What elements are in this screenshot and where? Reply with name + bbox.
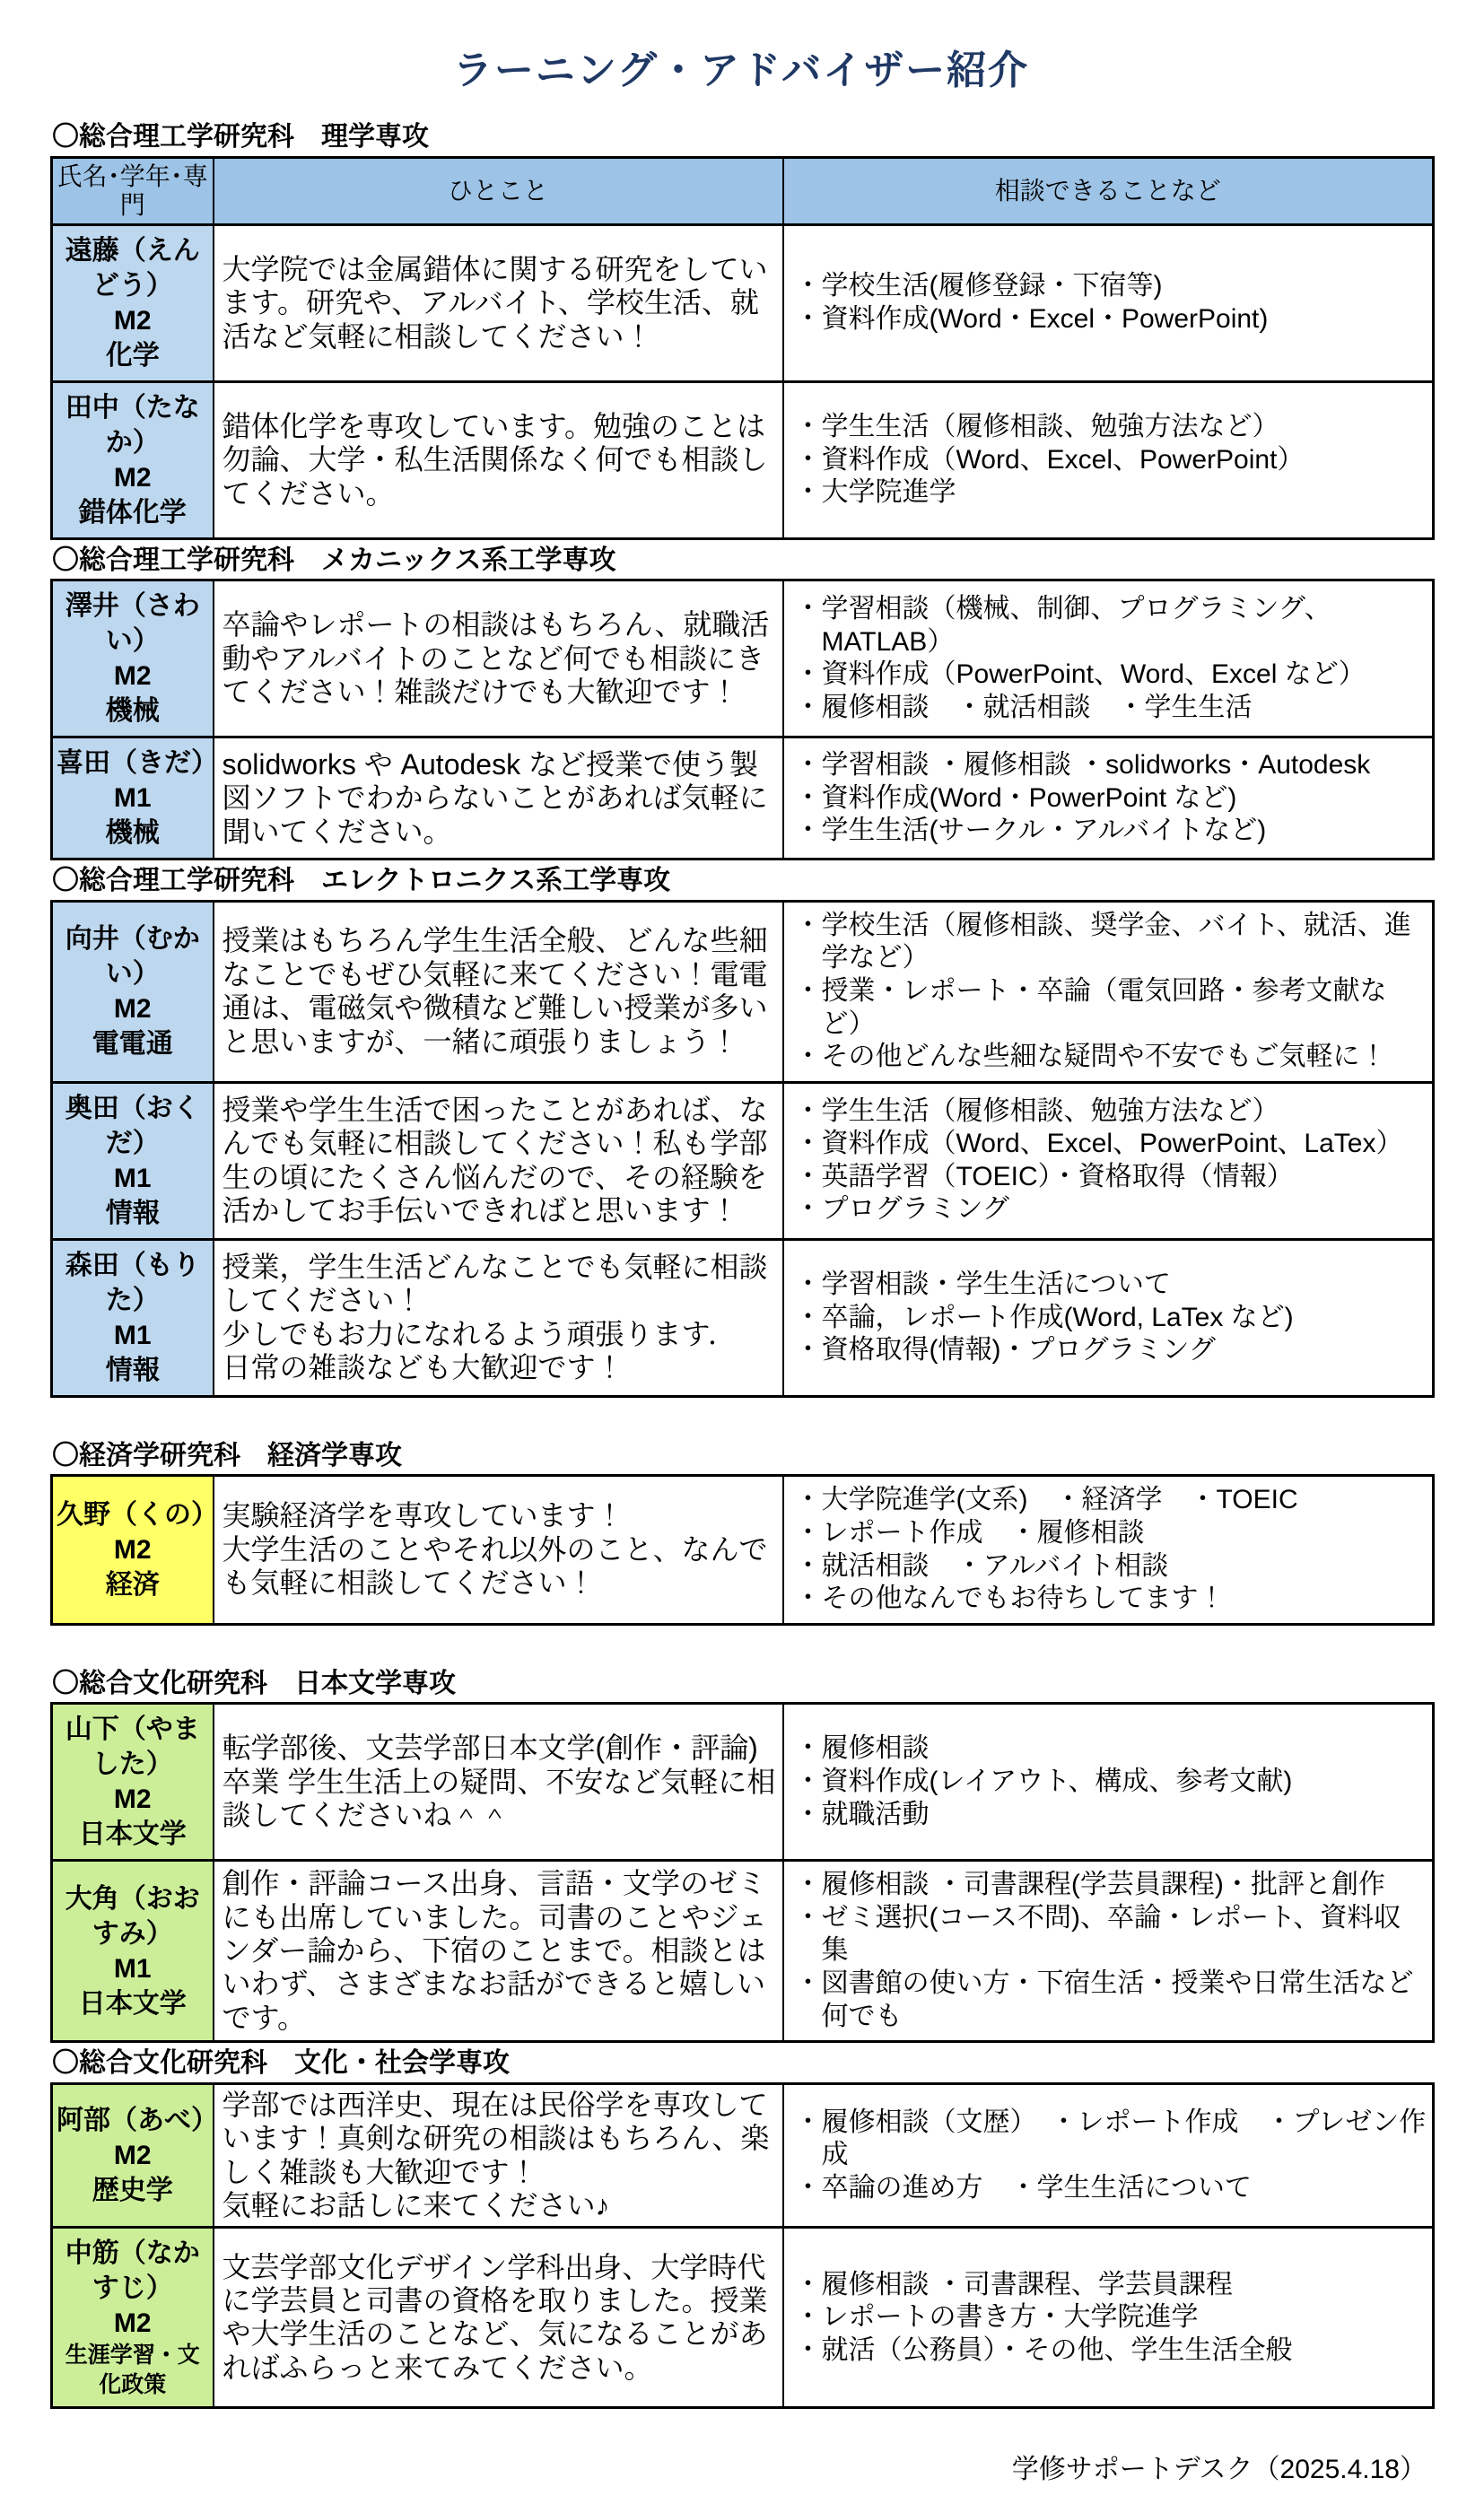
advisor-name: 大角（おおすみ）: [57, 1881, 209, 1951]
column-header-name: 氏名･学年･専門: [52, 157, 214, 224]
topic-line: ・就職活動: [795, 1799, 1427, 1832]
topic-line: ・履修相談 ・司書課程、学芸員課程: [795, 2269, 1427, 2302]
advisor-message-cell: 大学院では金属錯体に関する研究をしています。研究や、アルバイト、学校生活、就活な…: [214, 224, 783, 381]
advisor-message: 転学部後、文芸学部日本文学(創作・評論)卒業 学生生活上の疑問、不安など気軽に相…: [223, 1732, 777, 1832]
section-heading: 〇総合理工学研究科 メカニックス系工学専攻: [52, 545, 1432, 577]
footer-credit: 学修サポートデスク（2025.4.18）: [50, 2447, 1432, 2486]
advisor-table: 山下（やました） M2 日本文学 転学部後、文芸学部日本文学(創作・評論)卒業 …: [50, 1702, 1435, 2043]
advisor-message-cell: 授業はもちろん学生生活全般、どんな些細なことでもぜひ気軽に来てください！電電通は…: [214, 901, 783, 1082]
advisor-topics-cell: ・履修相談 ・司書課程、学芸員課程 ・レポートの書き方・大学院進学 ・就活（公務…: [783, 2228, 1434, 2408]
advisor-major: 電電通: [57, 1026, 209, 1061]
advisor-message: 卒論やレポートの相談はもちろん、就職活動やアルバイトのことなど何でも相談にきてく…: [223, 608, 777, 709]
advisor-message: 創作・評論コース出身、言語・文学のゼミにも出席していました。司書のことやジェンダ…: [223, 1867, 777, 2035]
advisor-message-cell: 授業，学生生活どんなことでも気軽に相談してください！ 少しでもお力になれるよう頑…: [214, 1239, 783, 1396]
advisor-grade: M2: [57, 2306, 209, 2341]
advisor-name-cell: 田中（たなか） M2 錯体化学: [52, 381, 214, 538]
section-culture-sociology: 〇総合文化研究科 文化・社会学専攻 阿部（あべ） M2 歴史学 学部では西洋史、…: [50, 2048, 1432, 2409]
advisor-grade: M1: [57, 1951, 209, 1986]
topic-line: ・レポートの書き方・大学院進学: [795, 2301, 1427, 2334]
advisor-table: 久野（くの） M2 経済 実験経済学を専攻しています！ 大学生活のことやそれ以外…: [50, 1474, 1435, 1625]
topic-line: ・就活相談 ・アルバイト相談: [795, 1550, 1427, 1584]
advisor-message: 授業や学生生活で困ったことがあれば、なんでも気軽に相談してください！私も学部生の…: [223, 1094, 777, 1228]
topic-line: ・履修相談（文歴） ・レポート作成 ・プレゼン作成: [795, 2107, 1427, 2172]
advisor-topics-cell: ・学習相談・学生生活について ・卒論，レポート作成(Word, LaTex など…: [783, 1239, 1434, 1396]
advisor-row: 山下（やました） M2 日本文学 転学部後、文芸学部日本文学(創作・評論)卒業 …: [52, 1704, 1434, 1861]
advisor-major: 化学: [57, 338, 209, 373]
advisor-grade: M2: [57, 991, 209, 1026]
topic-line: ・履修相談 ・就活相談 ・学生生活: [795, 692, 1427, 725]
topic-line: ・学習相談 ・履修相談 ・solidworks・Autodesk: [795, 749, 1427, 782]
advisor-name: 田中（たなか）: [57, 390, 209, 460]
advisor-grade: M2: [57, 1532, 209, 1567]
advisor-row: 森田（もりた） M1 情報 授業，学生生活どんなことでも気軽に相談してください！…: [52, 1239, 1434, 1396]
topic-line: ・学校生活(履修登録・下宿等): [795, 270, 1427, 303]
advisor-grade: M1: [57, 1318, 209, 1353]
section-japanese-literature: 〇総合文化研究科 日本文学専攻 山下（やました） M2 日本文学 転学部後、文芸…: [50, 1669, 1432, 2043]
advisor-row: 久野（くの） M2 経済 実験経済学を専攻しています！ 大学生活のことやそれ以外…: [52, 1476, 1434, 1624]
section-heading: 〇総合理工学研究科 エレクトロニクス系工学専攻: [52, 866, 1432, 897]
advisor-message: 大学院では金属錯体に関する研究をしています。研究や、アルバイト、学校生活、就活な…: [223, 253, 777, 353]
advisor-topics-cell: ・学生生活（履修相談、勉強方法など） ・資料作成（Word、Excel、Powe…: [783, 1082, 1434, 1239]
advisor-grade: M2: [57, 460, 209, 495]
topic-line: ・資料作成（PowerPoint、Word、Excel など）: [795, 659, 1427, 692]
advisor-name: 澤井（さわい）: [57, 589, 209, 659]
advisor-row: 遠藤（えんどう） M2 化学 大学院では金属錯体に関する研究をしています。研究や…: [52, 224, 1434, 381]
advisor-major: 生涯学習・文化政策: [57, 2341, 209, 2399]
advisor-message-cell: solidworks や Autodesk など授業で使う製図ソフトでわからない…: [214, 737, 783, 859]
advisor-major: 経済: [57, 1567, 209, 1602]
advisor-name: 中筋（なかすじ）: [57, 2236, 209, 2306]
advisor-row: 中筋（なかすじ） M2 生涯学習・文化政策 文芸学部文化デザイン学科出身、大学時…: [52, 2228, 1434, 2408]
advisor-row: 阿部（あべ） M2 歴史学 学部では西洋史、現在は民俗学を専攻しています！真剣な…: [52, 2083, 1434, 2228]
advisor-message-cell: 卒論やレポートの相談はもちろん、就職活動やアルバイトのことなど何でも相談にきてく…: [214, 580, 783, 737]
advisor-message-cell: 転学部後、文芸学部日本文学(創作・評論)卒業 学生生活上の疑問、不安など気軽に相…: [214, 1704, 783, 1861]
advisor-major: 情報: [57, 1353, 209, 1388]
advisor-row: 向井（むかい） M2 電電通 授業はもちろん学生生活全般、どんな些細なことでもぜ…: [52, 901, 1434, 1082]
topic-line: ・学生生活（履修相談、勉強方法など）: [795, 1095, 1427, 1129]
topic-line: ・資格取得(情報)・プログラミング: [795, 1334, 1427, 1367]
advisor-message-cell: 創作・評論コース出身、言語・文学のゼミにも出席していました。司書のことやジェンダ…: [214, 1861, 783, 2042]
advisor-grade: M2: [57, 303, 209, 338]
topic-line: ・資料作成(レイアウト、構成、参考文献): [795, 1766, 1427, 1799]
advisor-name-cell: 遠藤（えんどう） M2 化学: [52, 224, 214, 381]
advisor-row: 田中（たなか） M2 錯体化学 錯体化学を専攻しています。勉強のことは勿論、大学…: [52, 381, 1434, 538]
section-economics: 〇経済学研究科 経済学専攻 久野（くの） M2 経済 実験経済学を専攻しています…: [50, 1441, 1432, 1626]
advisor-table: 阿部（あべ） M2 歴史学 学部では西洋史、現在は民俗学を専攻しています！真剣な…: [50, 2082, 1435, 2410]
table-header-row: 氏名･学年･専門 ひとこと 相談できることなど: [52, 157, 1434, 224]
advisor-table: 澤井（さわい） M2 機械 卒論やレポートの相談はもちろん、就職活動やアルバイト…: [50, 579, 1435, 860]
advisor-message: 錯体化学を専攻しています。勉強のことは勿論、大学・私生活関係なく何でも相談してく…: [223, 410, 777, 510]
section-mechanics: 〇総合理工学研究科 メカニックス系工学専攻 澤井（さわい） M2 機械 卒論やレ…: [50, 545, 1432, 861]
advisor-table: 氏名･学年･専門 ひとこと 相談できることなど 遠藤（えんどう） M2 化学 大…: [50, 156, 1435, 540]
advisor-name: 向井（むかい）: [57, 921, 209, 991]
topic-line: ・就活（公務員）・その他、学生生活全般: [795, 2334, 1427, 2368]
advisor-grade: M2: [57, 1782, 209, 1817]
advisor-name-cell: 森田（もりた） M1 情報: [52, 1239, 214, 1396]
document-page: ラーニング・アドバイザー紹介 〇総合理工学研究科 理学専攻 氏名･学年･専門 ひ…: [0, 0, 1484, 2513]
advisor-topics-cell: ・学校生活（履修相談、奨学金、バイト、就活、進学など） ・授業・レポート・卒論（…: [783, 901, 1434, 1082]
advisor-major: 日本文学: [57, 1817, 209, 1852]
advisor-message: 授業，学生生活どんなことでも気軽に相談してください！ 少しでもお力になれるよう頑…: [223, 1251, 777, 1385]
section-science: 〇総合理工学研究科 理学専攻 氏名･学年･専門 ひとこと 相談できることなど 遠…: [50, 122, 1432, 540]
topic-line: ・履修相談: [795, 1732, 1427, 1766]
advisor-topics-cell: ・学習相談 ・履修相談 ・solidworks・Autodesk ・資料作成(W…: [783, 737, 1434, 859]
section-heading: 〇総合文化研究科 文化・社会学専攻: [52, 2048, 1432, 2080]
advisor-grade: M1: [57, 1161, 209, 1196]
advisor-name: 奥田（おくだ）: [57, 1091, 209, 1161]
section-electronics: 〇総合理工学研究科 エレクトロニクス系工学専攻 向井（むかい） M2 電電通 授…: [50, 866, 1432, 1397]
advisor-message-cell: 錯体化学を専攻しています。勉強のことは勿論、大学・私生活関係なく何でも相談してく…: [214, 381, 783, 538]
advisor-major: 歴史学: [57, 2173, 209, 2208]
column-header-topics: 相談できることなど: [783, 157, 1434, 224]
advisor-topics-cell: ・大学院進学(文系) ・経済学 ・TOEIC ・レポート作成 ・履修相談 ・就活…: [783, 1476, 1434, 1624]
advisor-table: 向井（むかい） M2 電電通 授業はもちろん学生生活全般、どんな些細なことでもぜ…: [50, 900, 1435, 1398]
advisor-name-cell: 山下（やました） M2 日本文学: [52, 1704, 214, 1861]
advisor-name-cell: 澤井（さわい） M2 機械: [52, 580, 214, 737]
topic-line: ・資料作成（Word、Excel、PowerPoint、LaTex）: [795, 1128, 1427, 1161]
advisor-name: 阿部（あべ）: [57, 2103, 209, 2138]
advisor-message: 文芸学部文化デザイン学科出身、大学時代に学芸員と司書の資格を取りました。授業や大…: [223, 2251, 777, 2386]
advisor-major: 機械: [57, 816, 209, 851]
topic-line: ・レポート作成 ・履修相談: [795, 1517, 1427, 1550]
advisor-message-cell: 実験経済学を専攻しています！ 大学生活のことやそれ以外のこと、なんでも気軽に相談…: [214, 1476, 783, 1624]
topic-line: ・その他どんな些細な疑問や不安でもご気軽に！: [795, 1041, 1427, 1074]
topic-line: ・大学院進学(文系) ・経済学 ・TOEIC: [795, 1484, 1427, 1517]
advisor-grade: M2: [57, 2138, 209, 2173]
advisor-message-cell: 文芸学部文化デザイン学科出身、大学時代に学芸員と司書の資格を取りました。授業や大…: [214, 2228, 783, 2408]
advisor-topics-cell: ・履修相談 ・資料作成(レイアウト、構成、参考文献) ・就職活動: [783, 1704, 1434, 1861]
advisor-topics-cell: ・学校生活(履修登録・下宿等) ・資料作成(Word・Excel・PowerPo…: [783, 224, 1434, 381]
advisor-topics-cell: ・学生生活（履修相談、勉強方法など） ・資料作成（Word、Excel、Powe…: [783, 381, 1434, 538]
advisor-topics-cell: ・履修相談 ・司書課程(学芸員課程)・批評と創作 ・ゼミ選択(コース不問)、卒論…: [783, 1861, 1434, 2042]
section-heading: 〇経済学研究科 経済学専攻: [52, 1441, 1432, 1472]
advisor-topics-cell: ・履修相談（文歴） ・レポート作成 ・プレゼン作成 ・卒論の進め方 ・学生生活に…: [783, 2083, 1434, 2228]
topic-line: ・卒論，レポート作成(Word, LaTex など): [795, 1302, 1427, 1335]
advisor-grade: M2: [57, 659, 209, 694]
advisor-name-cell: 中筋（なかすじ） M2 生涯学習・文化政策: [52, 2228, 214, 2408]
advisor-message: 実験経済学を専攻しています！ 大学生活のことやそれ以外のこと、なんでも気軽に相談…: [223, 1499, 777, 1600]
section-heading: 〇総合文化研究科 日本文学専攻: [52, 1669, 1432, 1700]
advisor-name-cell: 向井（むかい） M2 電電通: [52, 901, 214, 1082]
advisor-message: 学部では西洋史、現在は民俗学を専攻しています！真剣な研究の相談はもちろん、楽しく…: [223, 2089, 777, 2223]
advisor-name-cell: 奥田（おくだ） M1 情報: [52, 1082, 214, 1239]
advisor-major: 機械: [57, 694, 209, 729]
advisor-row: 喜田（きだ） M1 機械 solidworks や Autodesk など授業で…: [52, 737, 1434, 859]
topic-line: ・プログラミング: [795, 1193, 1427, 1226]
advisor-topics-cell: ・学習相談（機械、制御、プログラミング、MATLAB） ・資料作成（PowerP…: [783, 580, 1434, 737]
advisor-message: solidworks や Autodesk など授業で使う製図ソフトでわからない…: [223, 748, 777, 849]
advisor-name: 久野（くの）: [57, 1497, 209, 1532]
section-heading: 〇総合理工学研究科 理学専攻: [52, 122, 1432, 153]
advisor-name: 遠藤（えんどう）: [57, 233, 209, 303]
advisor-major: 日本文学: [57, 1986, 209, 2021]
topic-line: ・資料作成（Word、Excel、PowerPoint）: [795, 444, 1427, 477]
topic-line: ・ゼミ選択(コース不問)、卒論・レポート、資料収集: [795, 1902, 1427, 1968]
topic-line: ・英語学習（TOEIC）・資格取得（情報）: [795, 1161, 1427, 1194]
column-header-message: ひとこと: [214, 157, 783, 224]
topic-line: ・資料作成(Word・PowerPoint など): [795, 782, 1427, 816]
topic-line: ・資料作成(Word・Excel・PowerPoint): [795, 303, 1427, 336]
topic-line: ・大学院進学: [795, 476, 1427, 510]
advisor-row: 大角（おおすみ） M1 日本文学 創作・評論コース出身、言語・文学のゼミにも出席…: [52, 1861, 1434, 2042]
topic-line: ・学生生活（履修相談、勉強方法など）: [795, 411, 1427, 444]
advisor-row: 澤井（さわい） M2 機械 卒論やレポートの相談はもちろん、就職活動やアルバイト…: [52, 580, 1434, 737]
advisor-name-cell: 阿部（あべ） M2 歴史学: [52, 2083, 214, 2228]
advisor-name: 山下（やました）: [57, 1712, 209, 1782]
page-title: ラーニング・アドバイザー紹介: [50, 38, 1432, 95]
advisor-name: 喜田（きだ）: [57, 746, 209, 781]
topic-line: ・図書館の使い方・下宿生活・授業や日常生活など何でも: [795, 1968, 1427, 2033]
advisor-major: 情報: [57, 1196, 209, 1231]
advisor-row: 奥田（おくだ） M1 情報 授業や学生生活で困ったことがあれば、なんでも気軽に相…: [52, 1082, 1434, 1239]
advisor-name-cell: 久野（くの） M2 経済: [52, 1476, 214, 1624]
advisor-major: 錯体化学: [57, 495, 209, 530]
advisor-name-cell: 喜田（きだ） M1 機械: [52, 737, 214, 859]
advisor-message: 授業はもちろん学生生活全般、どんな些細なことでもぜひ気軽に来てください！電電通は…: [223, 924, 777, 1059]
topic-line: ・学習相談（機械、制御、プログラミング、MATLAB）: [795, 593, 1427, 659]
advisor-message-cell: 学部では西洋史、現在は民俗学を専攻しています！真剣な研究の相談はもちろん、楽しく…: [214, 2083, 783, 2228]
topic-line: ・その他なんでもお待ちしてます！: [795, 1583, 1427, 1616]
topic-line: ・学習相談・学生生活について: [795, 1269, 1427, 1302]
topic-line: ・学校生活（履修相談、奨学金、バイト、就活、進学など）: [795, 910, 1427, 975]
advisor-message-cell: 授業や学生生活で困ったことがあれば、なんでも気軽に相談してください！私も学部生の…: [214, 1082, 783, 1239]
topic-line: ・授業・レポート・卒論（電気回路・参考文献など）: [795, 975, 1427, 1041]
advisor-grade: M1: [57, 781, 209, 816]
advisor-name: 森田（もりた）: [57, 1248, 209, 1318]
advisor-name-cell: 大角（おおすみ） M1 日本文学: [52, 1861, 214, 2042]
topic-line: ・履修相談 ・司書課程(学芸員課程)・批評と創作: [795, 1869, 1427, 1902]
topic-line: ・学生生活(サークル・アルバイトなど): [795, 815, 1427, 848]
topic-line: ・卒論の進め方 ・学生生活について: [795, 2172, 1427, 2205]
